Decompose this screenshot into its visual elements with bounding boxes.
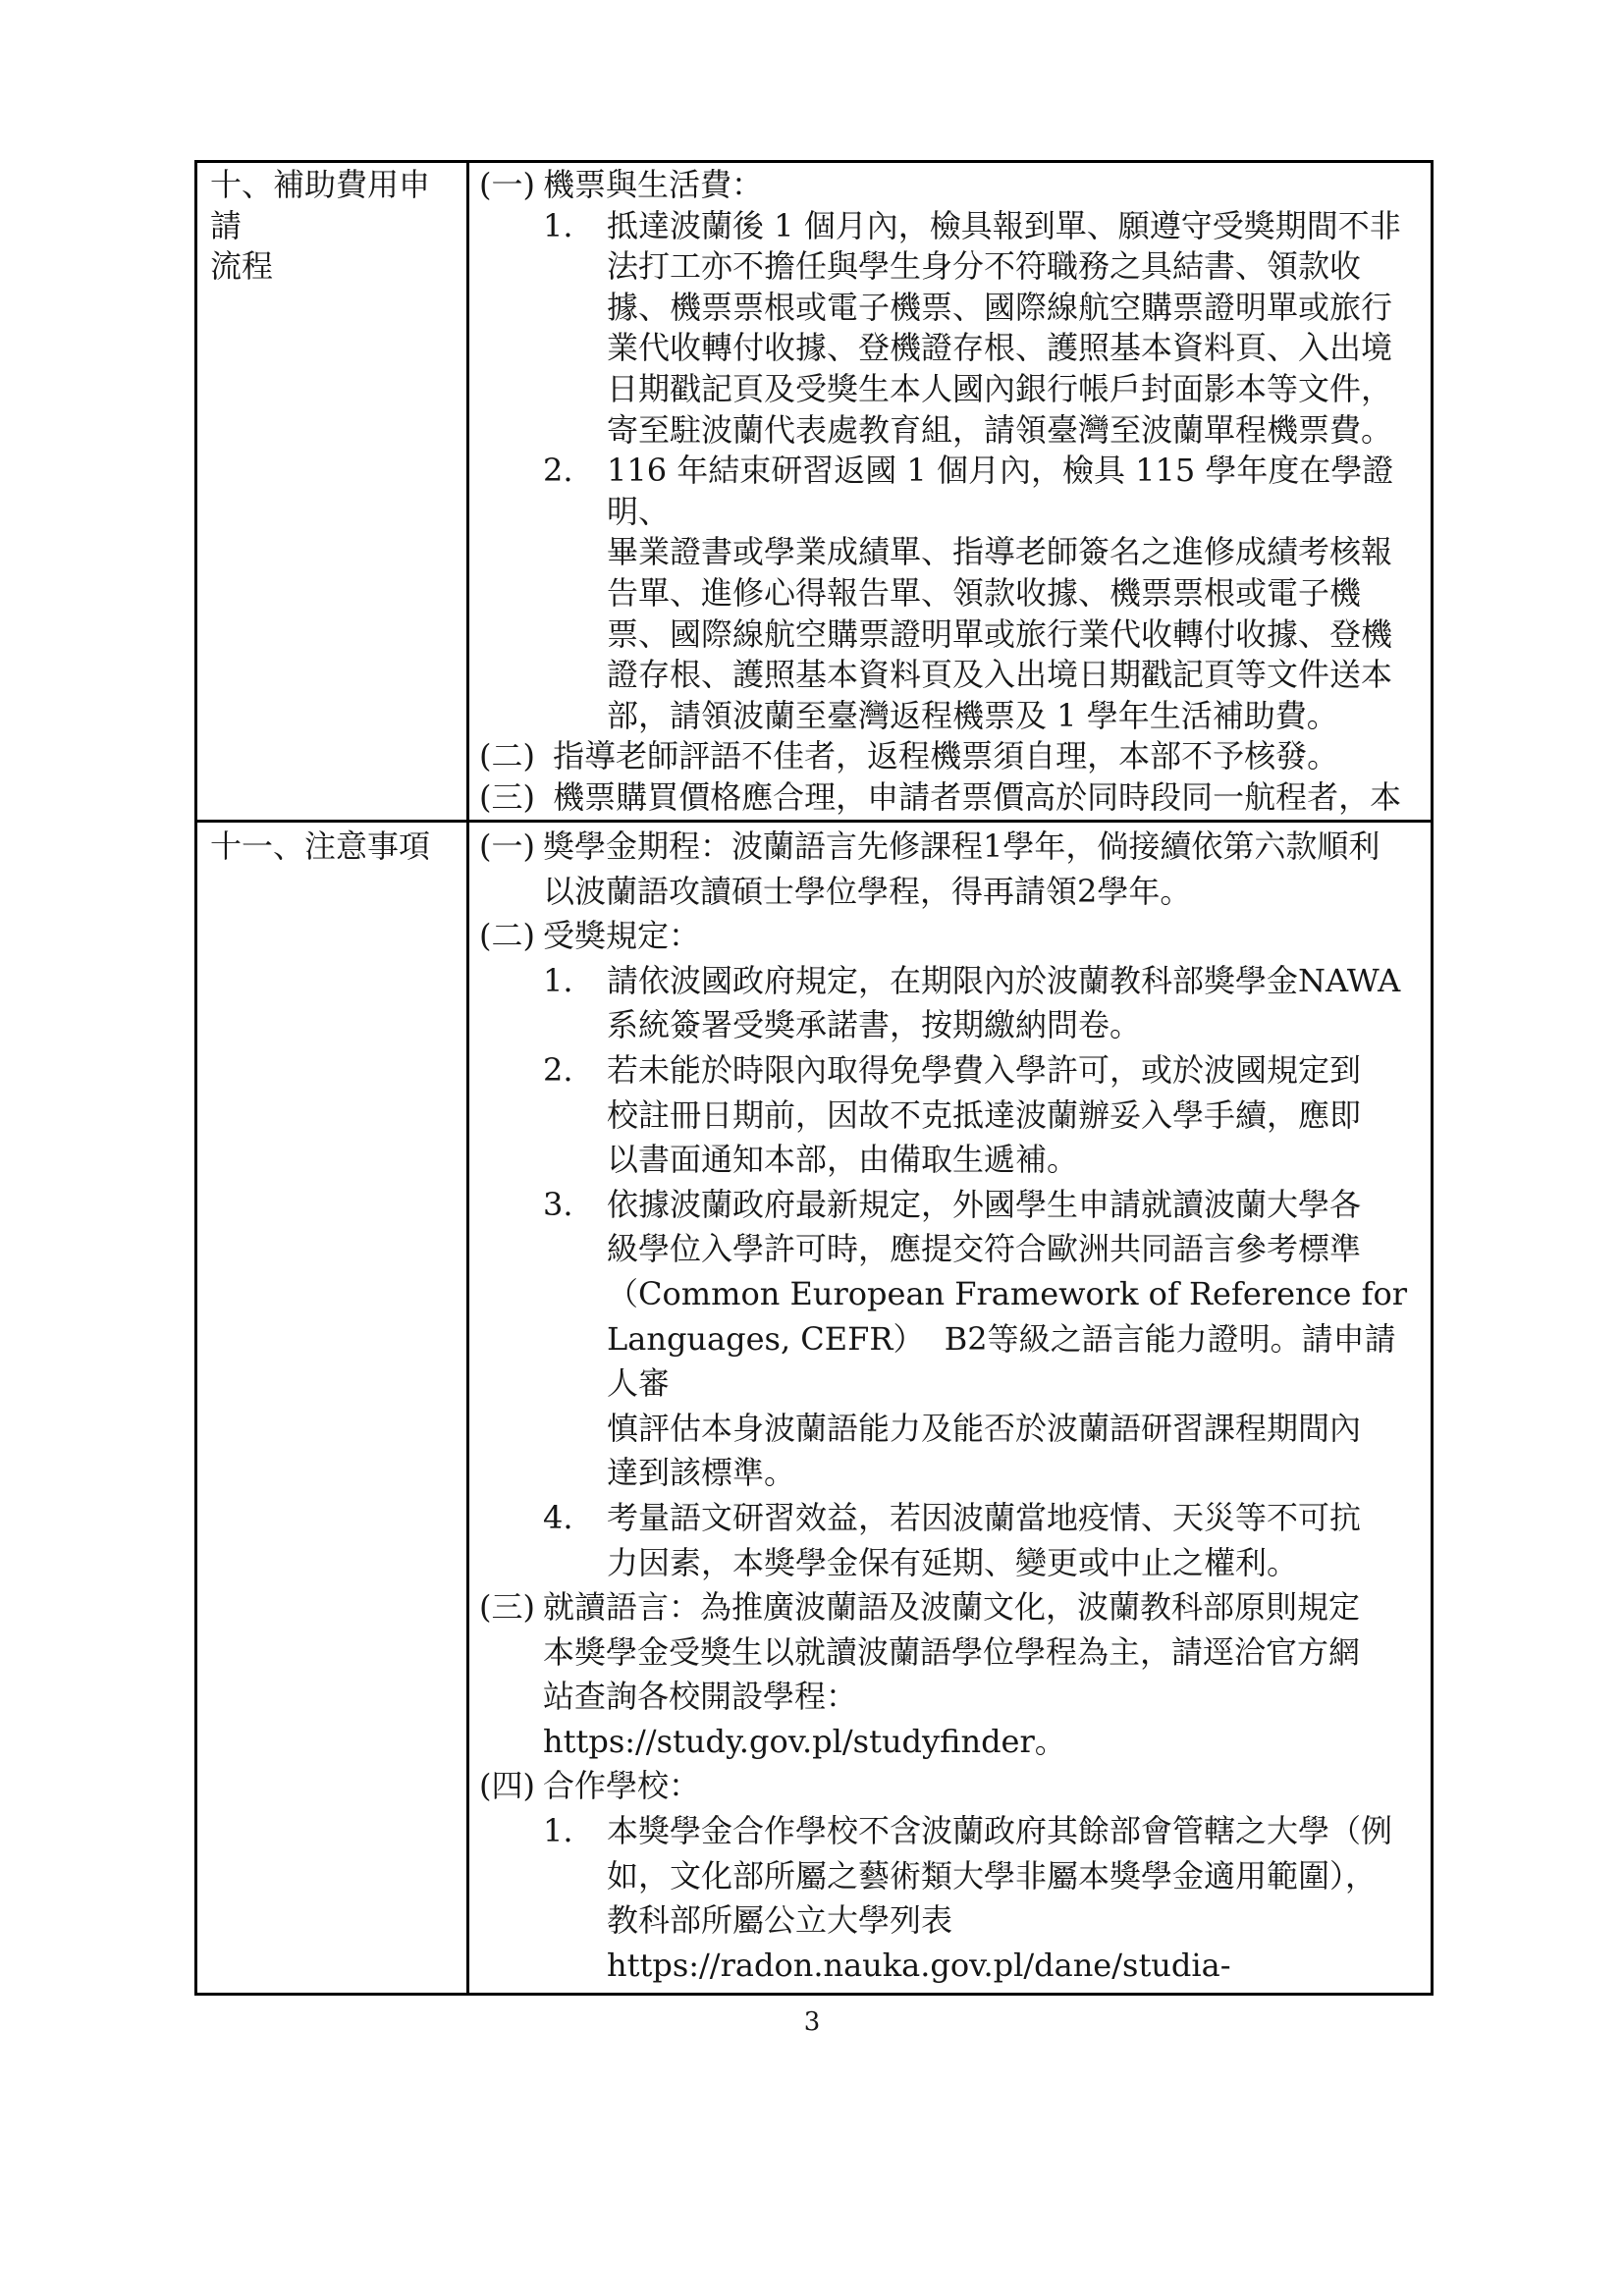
- text-line: 業代收轉付收據、登機證存根、護照基本資料頁、入出境: [479, 328, 1425, 369]
- link-url-text[interactable]: https://radon.nauka.gov.pl/dane/studia-p…: [479, 1944, 1425, 1993]
- text-line: 1.抵達波蘭後 1 個月內，檢具報到單、願遵守受獎期間不非: [479, 206, 1425, 247]
- text-line: (二)受獎規定：: [479, 914, 1425, 959]
- text-line: (三) 機票購買價格應合理，申請者票價高於同時段同一航程者，本: [479, 777, 1425, 819]
- text-line: (一)獎學金期程：波蘭語言先修課程1學年，倘接續依第六款順利: [479, 825, 1425, 870]
- list-marker: (四): [479, 1764, 543, 1809]
- text-line: 1.本獎學金合作學校不含波蘭政府其餘部會管轄之大學（例: [479, 1809, 1425, 1854]
- text-line: 教科部所屬公立大學列表: [479, 1898, 1425, 1944]
- text-line: 以書面通知本部，由備取生遞補。: [479, 1138, 1425, 1183]
- list-marker: 3.: [543, 1183, 607, 1228]
- table-row-notes: 十一、注意事項 (一)獎學金期程：波蘭語言先修課程1學年，倘接續依第六款順利以波…: [197, 820, 1431, 1993]
- row-header-text: 流程: [210, 246, 460, 288]
- list-marker: (三): [479, 777, 543, 819]
- list-marker: (二): [479, 736, 543, 777]
- text-line: 2.116 年結束研習返國 1 個月內，檢具 115 學年度在學證明、: [479, 451, 1425, 532]
- text-line: 4.考量語文研習效益，若因波蘭當地疫情、天災等不可抗: [479, 1496, 1425, 1541]
- text-line: 日期戳記頁及受獎生本人國內銀行帳戶封面影本等文件，: [479, 369, 1425, 410]
- text-line: 1.請依波國政府規定，在期限內於波蘭教科部獎學金NAWA: [479, 959, 1425, 1004]
- text-line: (三)就讀語言：為推廣波蘭語及波蘭文化，波蘭教科部原則規定: [479, 1585, 1425, 1630]
- text-line: 寄至駐波蘭代表處教育組，請領臺灣至波蘭單程機票費。: [479, 410, 1425, 452]
- row-header-text: 十一、注意事項: [210, 825, 460, 870]
- text-line: Languages, CEFR） B2等級之語言能力證明。請申請人審: [479, 1317, 1425, 1407]
- list-marker: (二): [479, 914, 543, 959]
- text-line: 如，文化部所屬之藝術類大學非屬本獎學金適用範圍），: [479, 1854, 1425, 1899]
- text-line: 達到該標準。: [479, 1451, 1425, 1496]
- list-marker: 1.: [543, 206, 607, 247]
- list-marker: 4.: [543, 1496, 607, 1541]
- row-header-text: 十、補助費用申請: [210, 165, 460, 246]
- text-line: 慎評估本身波蘭語能力及能否於波蘭語研習課程期間內: [479, 1407, 1425, 1452]
- scholarship-terms-table: 十、補助費用申請流程 (一)機票與生活費：1.抵達波蘭後 1 個月內，檢具報到單…: [194, 160, 1434, 1996]
- link-url-text[interactable]: https://study.gov.pl/studyfinder。: [479, 1720, 1425, 1765]
- text-line: 系統簽署受獎承諾書，按期繳納問卷。: [479, 1003, 1425, 1048]
- text-line: 票、國際線航空購票證明單或旅行業代收轉付收據、登機: [479, 614, 1425, 656]
- row-header-cell: 十一、注意事項: [197, 823, 469, 1993]
- text-line: 站查詢各校開設學程：: [479, 1675, 1425, 1720]
- row-content-cell: (一)機票與生活費：1.抵達波蘭後 1 個月內，檢具報到單、願遵守受獎期間不非法…: [469, 163, 1431, 820]
- text-line: 證存根、護照基本資料頁及入出境日期戳記頁等文件送本: [479, 655, 1425, 696]
- table-row-subsidy-application-process: 十、補助費用申請流程 (一)機票與生活費：1.抵達波蘭後 1 個月內，檢具報到單…: [197, 163, 1431, 820]
- list-marker: 2.: [543, 451, 607, 492]
- page-number: 3: [0, 2007, 1624, 2037]
- text-line: 以波蘭語攻讀碩士學位學程，得再請領2學年。: [479, 870, 1425, 915]
- list-marker: (一): [479, 825, 543, 870]
- row-content-cell: (一)獎學金期程：波蘭語言先修課程1學年，倘接續依第六款順利以波蘭語攻讀碩士學位…: [469, 823, 1431, 1993]
- text-line: 據、機票票根或電子機票、國際線航空購票證明單或旅行: [479, 288, 1425, 329]
- list-marker: (三): [479, 1585, 543, 1630]
- text-line: 告單、進修心得報告單、領款收據、機票票根或電子機: [479, 573, 1425, 614]
- text-line: 3.依據波蘭政府最新規定，外國學生申請就讀波蘭大學各: [479, 1183, 1425, 1228]
- text-line: 本獎學金受獎生以就讀波蘭語學位學程為主，請逕洽官方網: [479, 1630, 1425, 1676]
- text-line: (四)合作學校：: [479, 1764, 1425, 1809]
- list-marker: 1.: [543, 1809, 607, 1854]
- text-line: (二) 指導老師評語不佳者，返程機票須自理，本部不予核發。: [479, 736, 1425, 777]
- list-marker: 2.: [543, 1048, 607, 1094]
- text-line: 校註冊日期前，因故不克抵達波蘭辦妥入學手續，應即: [479, 1094, 1425, 1139]
- text-line: 部，請領波蘭至臺灣返程機票及 1 學年生活補助費。: [479, 696, 1425, 737]
- text-line: 法打工亦不擔任與學生身分不符職務之具結書、領款收: [479, 246, 1425, 288]
- text-line: 2.若未能於時限內取得免學費入學許可，或於波國規定到: [479, 1048, 1425, 1094]
- text-line: 級學位入學許可時，應提交符合歐洲共同語言參考標準: [479, 1227, 1425, 1272]
- text-line: 力因素，本獎學金保有延期、變更或中止之權利。: [479, 1541, 1425, 1586]
- text-line: （Common European Framework of Reference …: [479, 1272, 1425, 1317]
- text-line: 部將比照該時段同一航程一般行情價格發給。: [479, 819, 1425, 821]
- list-marker: (一): [479, 165, 543, 206]
- list-marker: 1.: [543, 959, 607, 1004]
- text-line: (一)機票與生活費：: [479, 165, 1425, 206]
- text-line: 畢業證書或學業成績單、指導老師簽名之進修成績考核報: [479, 532, 1425, 573]
- row-header-cell: 十、補助費用申請流程: [197, 163, 469, 820]
